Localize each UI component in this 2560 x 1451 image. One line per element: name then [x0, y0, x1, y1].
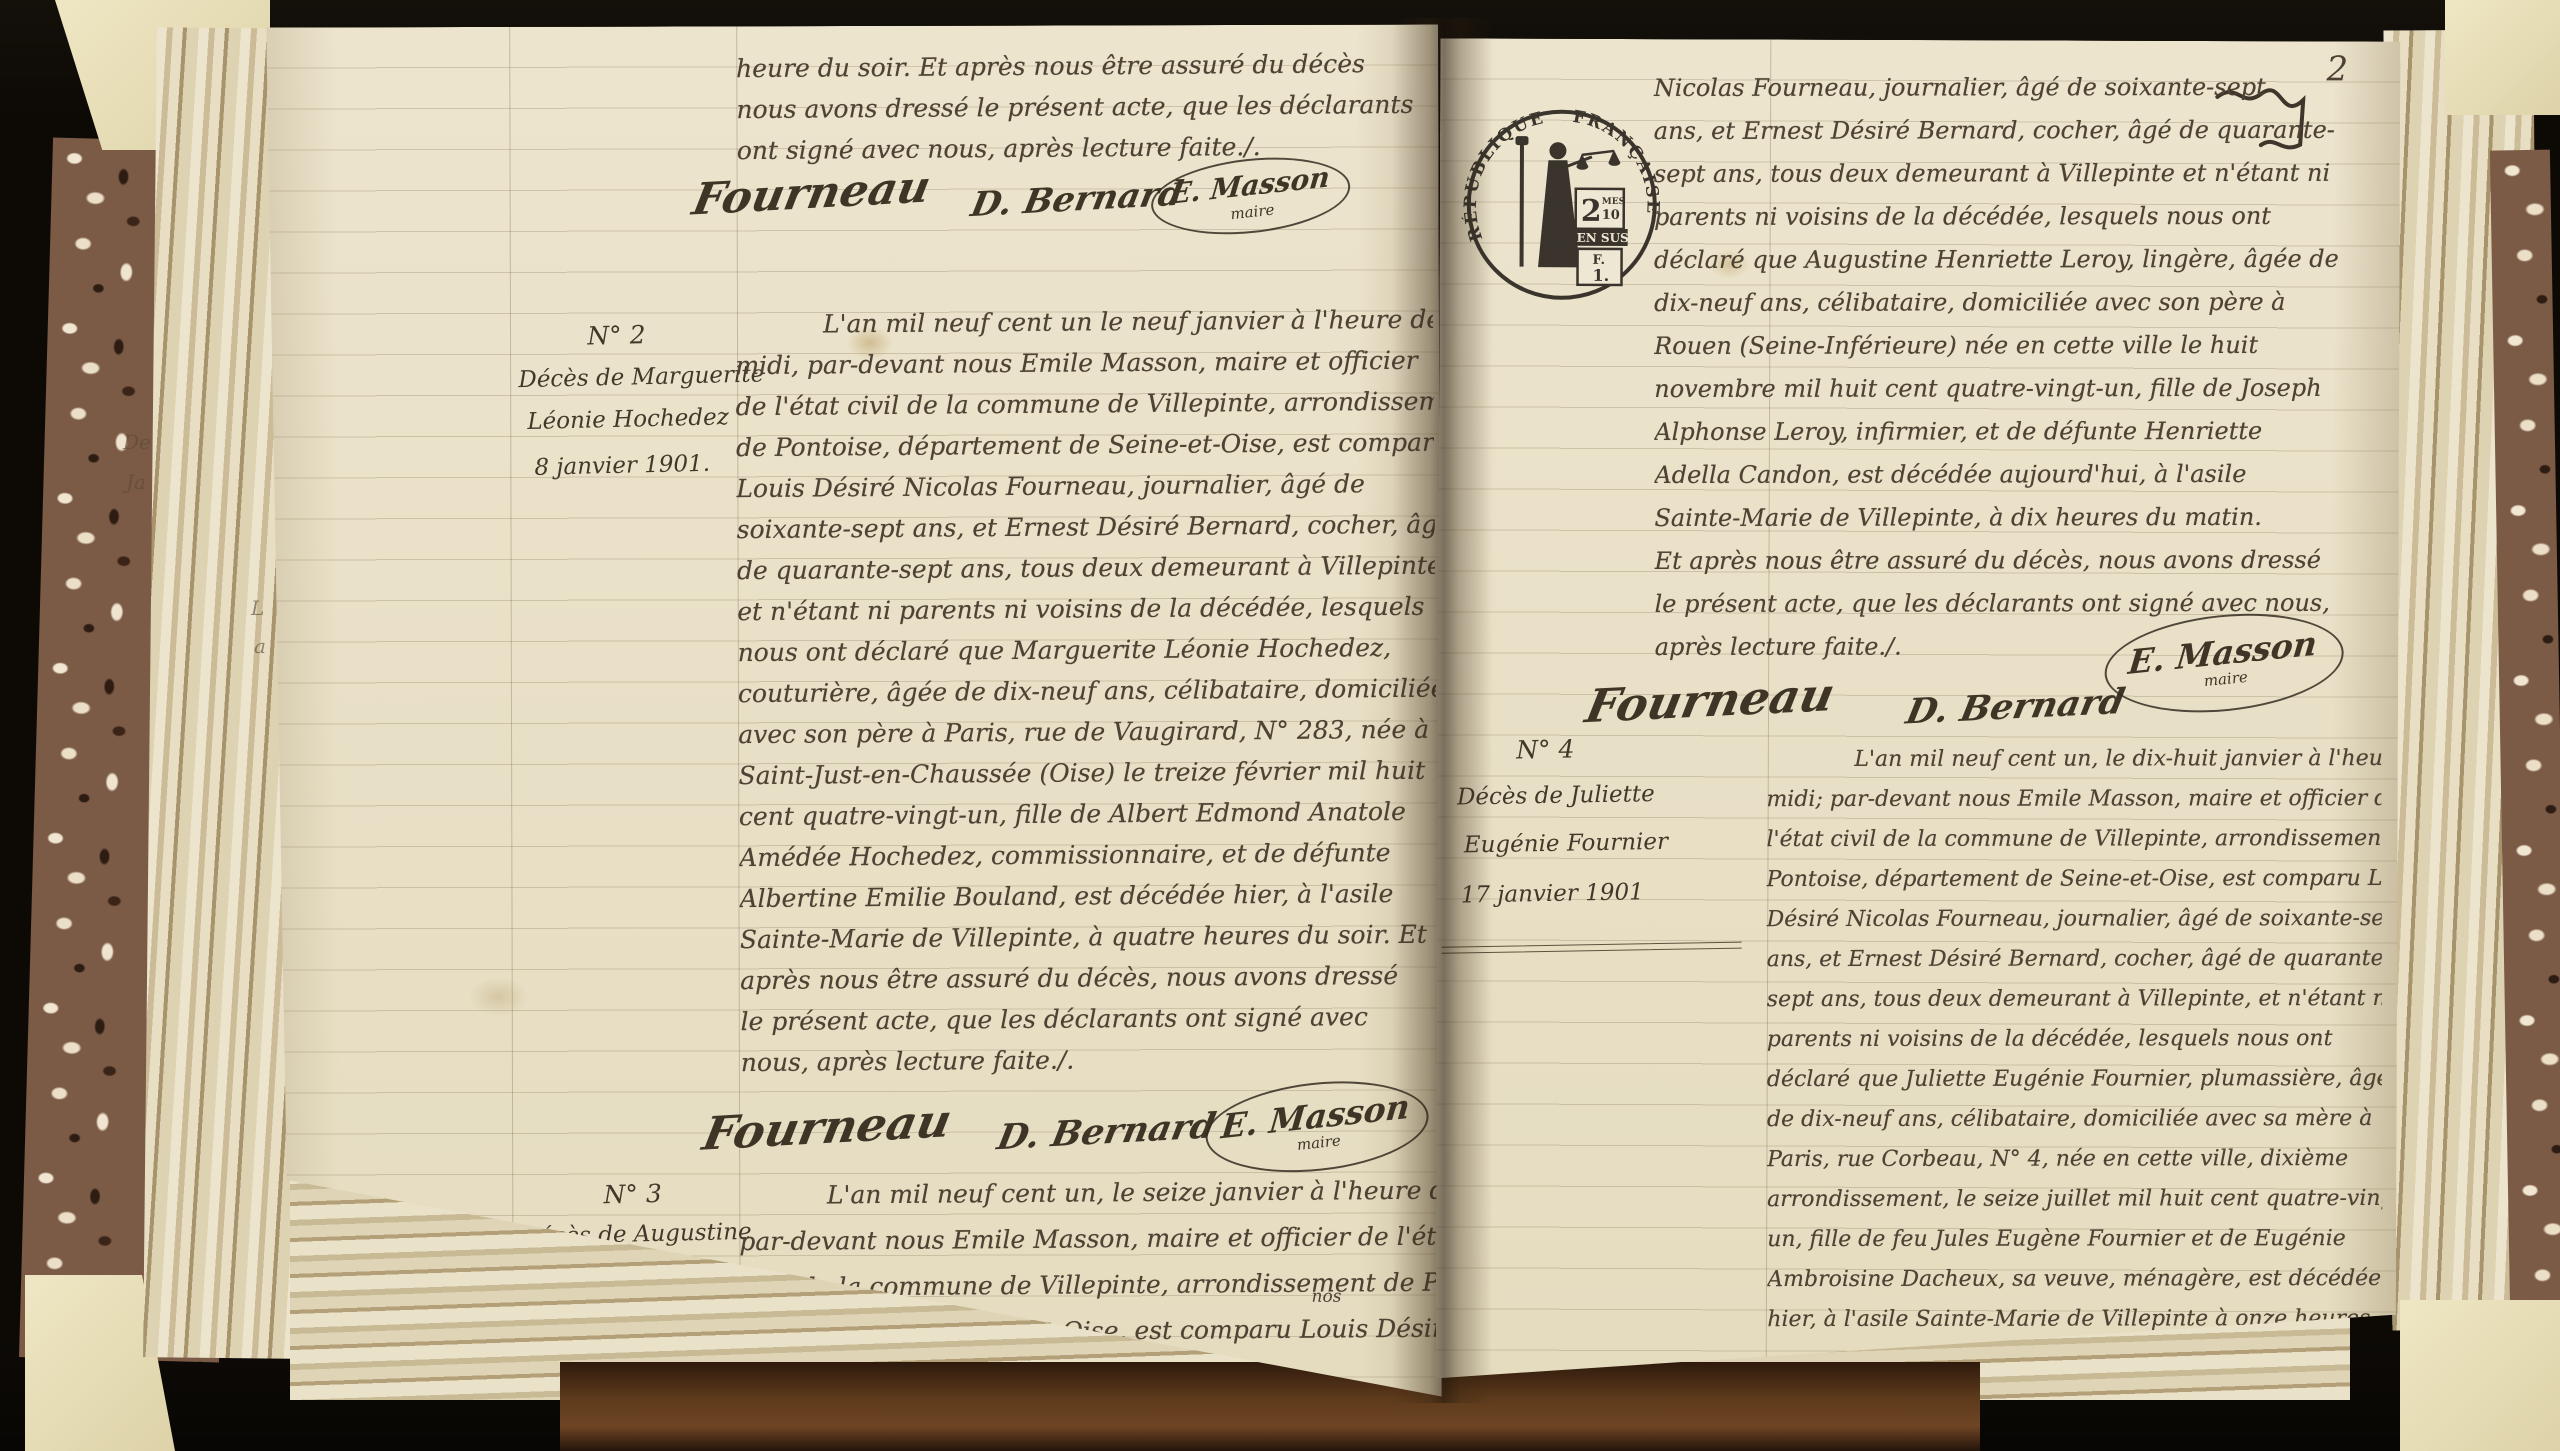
act-line: ans, et Ernest Désiré Bernard, cocher, â… — [1654, 109, 2376, 153]
signature-masson-oval: E. Masson maire — [1147, 148, 1354, 243]
act-line: Adella Candon, est décédée aujourd'hui, … — [1654, 453, 2376, 497]
margin-closing-rule — [1442, 942, 1742, 954]
act-line: par-devant nous Emile Masson, maire et o… — [739, 1214, 1439, 1265]
signature-bernard: D. Bernard — [1903, 681, 2129, 732]
act-line: Saint-Just-en-Chaussée (Oise) le treize … — [738, 750, 1436, 796]
stamp-frac-bottom: 10 — [1602, 208, 1620, 223]
interlinear-insertion: nos — [1312, 1287, 1342, 1307]
act-line: sept ans, tous deux demeurant à Villepin… — [1767, 979, 2382, 1020]
stamp-frac-top: MES — [1602, 197, 1625, 207]
act-line: le présent acte, que les déclarants ont … — [740, 996, 1438, 1042]
act-line: arrondissement, le seize juillet mil hui… — [1767, 1179, 2382, 1220]
register-photo: De Ja L a heure du soir. Et après nous ê… — [0, 0, 2560, 1451]
act-line: Albertine Emilie Bouland, est décédée hi… — [739, 873, 1437, 919]
act-line: de Pontoise, département de Seine-et-Ois… — [736, 422, 1434, 468]
act-line: Pontoise, département de Seine-et-Oise, … — [1767, 859, 2382, 900]
act-1-ending: heure du soir. Et après nous être assuré… — [266, 44, 1438, 47]
act-line: déclaré que Juliette Eugénie Fournier, p… — [1767, 1059, 2382, 1100]
signature-fourneau: Fourneau — [1581, 667, 1839, 733]
act-2-margin-note: N° 2 Décès de Marguerite Léonie Hochedez… — [517, 318, 737, 323]
edge-fragment-text: L — [251, 596, 264, 620]
act-line: de dix-neuf ans, célibataire, domiciliée… — [1767, 1099, 2382, 1140]
act-line: et n'étant ni parents ni voisins de la d… — [737, 586, 1435, 632]
act-line: Louis Désiré Nicolas Fourneau, journalie… — [736, 463, 1434, 509]
signature-masson: E. Masson — [2127, 628, 2319, 678]
edge-fragment-text: a — [254, 634, 266, 658]
act-line: nous ont déclaré que Marguerite Léonie H… — [737, 627, 1435, 673]
act-line: sept ans, tous deux demeurant à Villepin… — [1654, 152, 2376, 196]
paper-stain — [469, 977, 529, 1017]
svg-text:RÉPUBLIQUE: RÉPUBLIQUE — [1461, 108, 1547, 244]
stamp-value-plaque: 2 MES 10 EN SUS F. 1. — [1571, 189, 1628, 285]
act-number: N° 3 — [603, 1179, 662, 1209]
act-number: N° 4 — [1516, 734, 1575, 764]
act-line: cent quatre-vingt-un, fille de Albert Ed… — [739, 791, 1437, 837]
edge-fragment-text: Ja — [126, 470, 146, 494]
act-line: Rouen (Seine-Inférieure) née en cette vi… — [1654, 324, 2376, 368]
act-line: Amédée Hochedez, commissionnaire, et de … — [739, 832, 1437, 878]
act-line: Sainte-Marie de Villepinte, à quatre heu… — [740, 914, 1438, 960]
act-line: midi; par-devant nous Emile Masson, mair… — [1766, 779, 2381, 820]
act-2: N° 2 Décès de Marguerite Léonie Hochedez… — [267, 300, 1439, 303]
act-line: Nicolas Fourneau, journalier, âgé de soi… — [1654, 66, 2376, 110]
mayor-title: maire — [1230, 201, 1276, 224]
act-line: parents ni voisins de la décédée, lesque… — [1654, 195, 2376, 239]
act-date: 8 janvier 1901. — [534, 451, 710, 481]
cover-board-bottom-right — [2400, 1300, 2560, 1451]
act-line: un, fille de feu Jules Eugène Fournier e… — [1767, 1219, 2382, 1260]
stamp-arc-left-text: RÉPUBLIQUE — [1461, 108, 1547, 244]
act-line: couturière, âgée de dix-neuf ans, céliba… — [738, 668, 1436, 714]
act-line: de l'état civil de la commune de Villepi… — [736, 381, 1434, 427]
stamp-surtax: EN SUS — [1577, 231, 1629, 245]
wooden-table-edge — [560, 1362, 1980, 1451]
act-line: Ambroisine Dacheux, sa veuve, ménagère, … — [1767, 1259, 2382, 1300]
act-line: l'état civil de la commune de Villepinte… — [1766, 819, 2381, 860]
act-line: heure du soir. Et après nous être assuré… — [736, 43, 1436, 89]
stamp-value: 2 — [1581, 194, 1602, 229]
revenue-stamp-icon: RÉPUBLIQUE FRANÇAISE 2 MES 10 — [1461, 104, 1662, 305]
act-line: de quarante-sept ans, tous deux demeuran… — [737, 545, 1435, 591]
act-3-continuation: Nicolas Fourneau, journalier, âgé de soi… — [1440, 64, 2400, 67]
act-line: Alphonse Leroy, infirmier, et de défunte… — [1654, 410, 2376, 454]
act-line: parents ni voisins de la décédée, lesque… — [1767, 1019, 2382, 1060]
signature-masson: E. Masson — [1220, 1091, 1411, 1142]
act-date: 17 janvier 1901 — [1460, 879, 1643, 908]
act-line: novembre mil huit cent quatre-vingt-un, … — [1654, 367, 2376, 411]
cover-board-top-right — [2445, 0, 2560, 115]
signatures-row: Fourneau D. Bernard E. Masson maire — [267, 152, 1439, 255]
signature-masson-oval: E. Masson maire — [1201, 1071, 1433, 1182]
act-line: L'an mil neuf cent un le neuf janvier à … — [735, 299, 1433, 345]
act-line: nous avons dressé le présent acte, que l… — [736, 84, 1436, 130]
act-line: après nous être assuré du décès, nous av… — [740, 955, 1438, 1001]
edge-fragment-text: De — [123, 430, 151, 454]
act-line: Et après nous être assuré du décès, nous… — [1654, 539, 2376, 583]
act-line: nous, après lecture faite./. — [741, 1037, 1439, 1083]
signature-bernard: D. Bernard — [994, 1105, 1219, 1158]
act-line: Paris, rue Corbeau, N° 4, née en cette v… — [1767, 1139, 2382, 1180]
signature-fourneau: Fourneau — [698, 1093, 956, 1160]
stamp-denom-bottom: 1. — [1592, 266, 1609, 285]
act-line: Sainte-Marie de Villepinte, à dix heures… — [1654, 496, 2376, 540]
right-page: 2 RÉPUBLIQUE FRANÇAISE — [1436, 38, 2401, 1381]
act-line: soixante-sept ans, et Ernest Désiré Bern… — [737, 504, 1435, 550]
act-line: Désiré Nicolas Fourneau, journalier, âgé… — [1767, 899, 2382, 940]
left-page: heure du soir. Et après nous être assuré… — [266, 24, 1442, 1399]
act-line: L'an mil neuf cent un, le dix-huit janvi… — [1766, 739, 2381, 780]
act-number: N° 2 — [587, 320, 646, 350]
deceased-name: Décès de Juliette — [1457, 781, 1655, 810]
deceased-name: Léonie Hochedez — [527, 404, 729, 435]
act-line: déclaré que Augustine Henriette Leroy, l… — [1654, 238, 2376, 282]
deceased-name: Décès de Marguerite — [518, 361, 764, 393]
act-line: dix-neuf ans, célibataire, domiciliée av… — [1654, 281, 2376, 325]
act-line: ans, et Ernest Désiré Bernard, cocher, â… — [1767, 939, 2382, 980]
signature-fourneau: Fourneau — [688, 162, 934, 226]
act-line: midi, par-devant nous Emile Masson, mair… — [735, 340, 1433, 386]
act-line: L'an mil neuf cent un, le seize janvier … — [739, 1168, 1439, 1219]
deceased-name: Eugénie Fournier — [1464, 829, 1669, 859]
act-line: avec son père à Paris, rue de Vaugirard,… — [738, 709, 1436, 755]
